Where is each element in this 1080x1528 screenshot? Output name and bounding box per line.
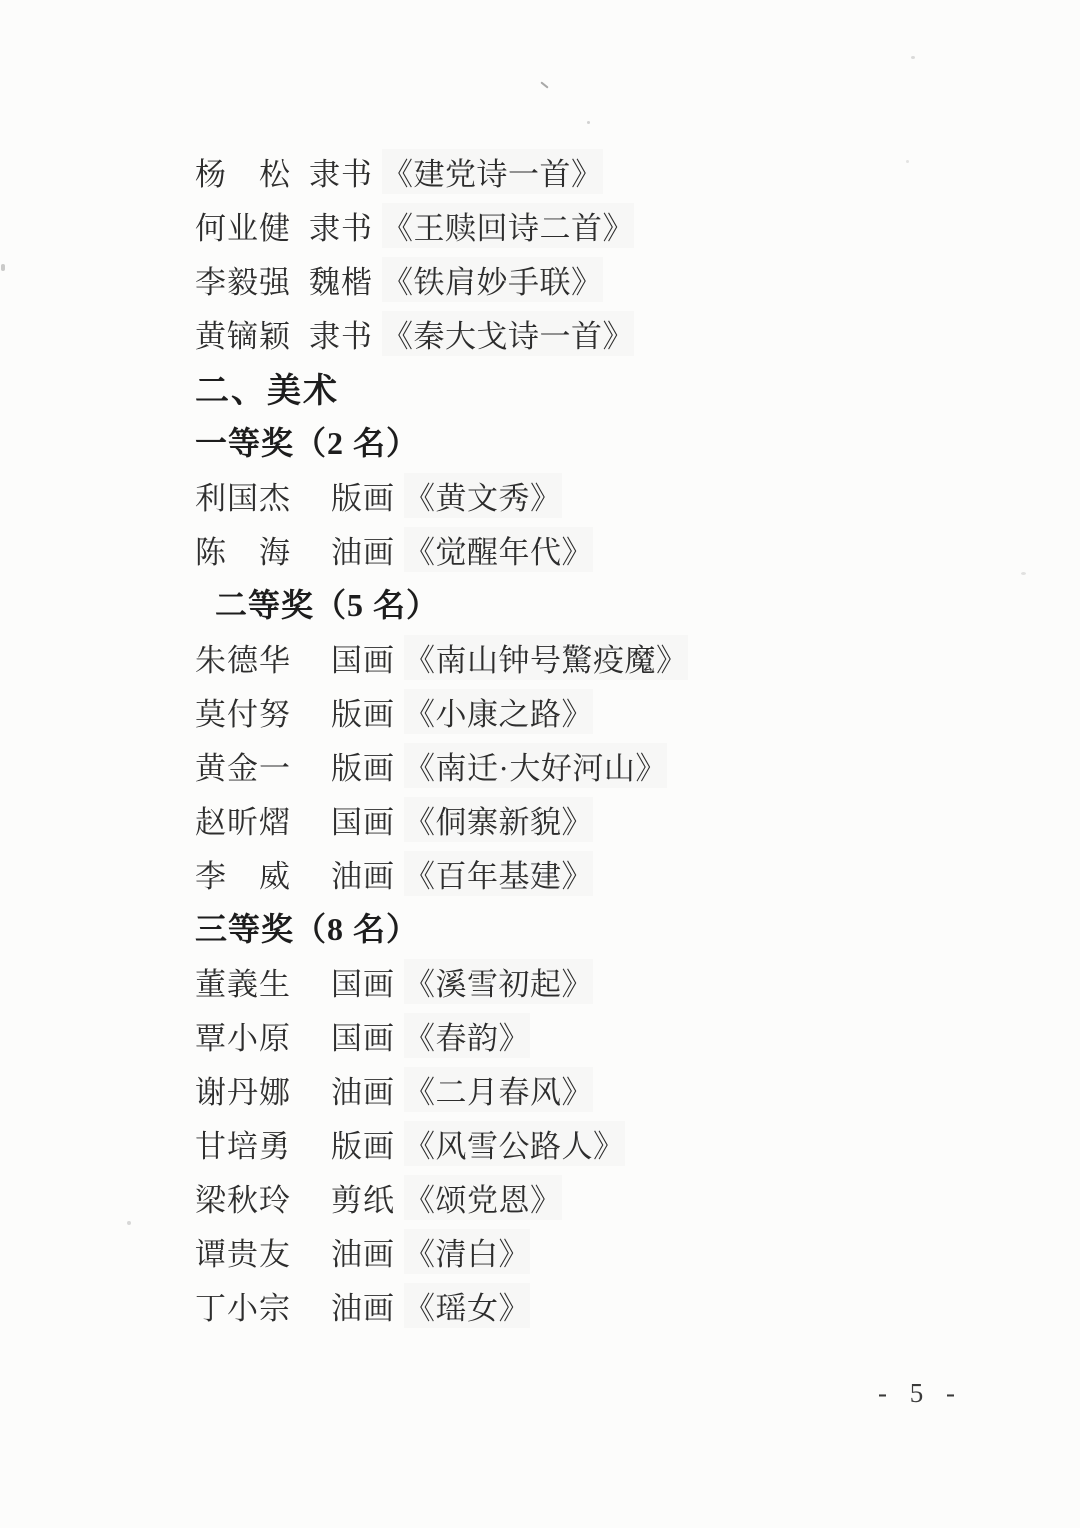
- scan-speck: [127, 1221, 131, 1225]
- awardee-name: 黄镝颖: [195, 311, 309, 356]
- work-medium: 油画: [331, 527, 395, 572]
- awardee-name: 陈 海: [195, 527, 331, 572]
- award-entry-row: 覃小原 国画 《春韵》: [195, 1008, 955, 1062]
- awardee-name: 梁秋玲: [195, 1175, 331, 1220]
- award-entry-row: 董義生 国画 《溪雪初起》: [195, 954, 955, 1008]
- award-entry-row: 黄镝颖 隶书 《秦大戈诗一首》: [195, 306, 955, 360]
- work-title: 《春韵》: [404, 1013, 530, 1058]
- work-title: 《颂党恩》: [404, 1175, 562, 1220]
- awardee-name: 董義生: [195, 959, 331, 1004]
- work-title: 《瑶女》: [404, 1283, 530, 1328]
- section-heading-art: 二、美术: [195, 360, 955, 414]
- scan-speck: [911, 56, 915, 59]
- work-medium: 国画: [331, 1013, 395, 1058]
- work-medium: 隶书: [309, 149, 373, 194]
- work-title: 《小康之路》: [404, 689, 593, 734]
- awardee-name: 谭贵友: [195, 1229, 331, 1274]
- prize-subheading-text: 三等奖（8 名）: [195, 904, 419, 950]
- awardee-name: 覃小原: [195, 1013, 331, 1058]
- award-entry-row: 莫付努 版画 《小康之路》: [195, 684, 955, 738]
- document-body: 杨 松 隶书 《建党诗一首》 何业健 隶书 《王赎回诗二首》 李毅强 魏楷 《铁…: [195, 144, 955, 1332]
- work-title: 《清白》: [404, 1229, 530, 1274]
- work-medium: 魏楷: [309, 257, 373, 302]
- awardee-name: 朱德华: [195, 635, 331, 680]
- award-entry-row: 何业健 隶书 《王赎回诗二首》: [195, 198, 955, 252]
- work-title: 《建党诗一首》: [382, 149, 603, 194]
- awardee-name: 赵昕熠: [195, 797, 331, 842]
- award-entry-row: 丁小宗 油画 《瑶女》: [195, 1278, 955, 1332]
- award-entry-row: 谢丹娜 油画 《二月春风》: [195, 1062, 955, 1116]
- work-medium: 隶书: [309, 203, 373, 248]
- awardee-name: 莫付努: [195, 689, 331, 734]
- awardee-name: 李 威: [195, 851, 331, 896]
- award-entry-row: 梁秋玲 剪纸 《颂党恩》: [195, 1170, 955, 1224]
- work-medium: 剪纸: [331, 1175, 395, 1220]
- work-title: 《侗寨新貌》: [404, 797, 593, 842]
- prize-subheading-second: 二等奖（5 名）: [195, 576, 955, 630]
- award-entry-row: 黄金一 版画 《南迁·大好河山》: [195, 738, 955, 792]
- work-title: 《觉醒年代》: [404, 527, 593, 572]
- awardee-name: 丁小宗: [195, 1283, 331, 1328]
- work-medium: 隶书: [309, 311, 373, 356]
- work-title: 《南山钟号驚疫魔》: [404, 635, 688, 680]
- work-medium: 油画: [331, 1283, 395, 1328]
- prize-subheading-first: 一等奖（2 名）: [195, 414, 955, 468]
- award-entry-row: 陈 海 油画 《觉醒年代》: [195, 522, 955, 576]
- work-medium: 版画: [331, 1121, 395, 1166]
- prize-subheading-text: 一等奖（2 名）: [195, 418, 419, 464]
- work-medium: 版画: [331, 743, 395, 788]
- award-entry-row: 利国杰 版画 《黄文秀》: [195, 468, 955, 522]
- work-medium: 国画: [331, 635, 395, 680]
- awardee-name: 李毅强: [195, 257, 309, 302]
- awardee-name: 谢丹娜: [195, 1067, 331, 1112]
- awardee-name: 甘培勇: [195, 1121, 331, 1166]
- work-medium: 国画: [331, 797, 395, 842]
- award-entry-row: 李 威 油画 《百年基建》: [195, 846, 955, 900]
- scan-shadow-bottom-left: [0, 1388, 140, 1528]
- awardee-name: 何业健: [195, 203, 309, 248]
- award-entry-row: 赵昕熠 国画 《侗寨新貌》: [195, 792, 955, 846]
- prize-subheading-third: 三等奖（8 名）: [195, 900, 955, 954]
- award-entry-row: 李毅强 魏楷 《铁肩妙手联》: [195, 252, 955, 306]
- work-title: 《秦大戈诗一首》: [382, 311, 634, 356]
- work-medium: 油画: [331, 1067, 395, 1112]
- scan-speck: [1021, 572, 1026, 575]
- work-medium: 油画: [331, 851, 395, 896]
- award-entry-row: 朱德华 国画 《南山钟号驚疫魔》: [195, 630, 955, 684]
- scan-speck: [540, 81, 548, 88]
- scan-speck: [587, 121, 590, 124]
- scanned-document-page: 杨 松 隶书 《建党诗一首》 何业健 隶书 《王赎回诗二首》 李毅强 魏楷 《铁…: [0, 0, 1080, 1528]
- award-entry-row: 甘培勇 版画 《风雪公路人》: [195, 1116, 955, 1170]
- section-heading-text: 二、美术: [195, 363, 339, 412]
- work-medium: 版画: [331, 473, 395, 518]
- work-title: 《溪雪初起》: [404, 959, 593, 1004]
- work-title: 《百年基建》: [404, 851, 593, 896]
- work-title: 《二月春风》: [404, 1067, 593, 1112]
- award-entry-row: 谭贵友 油画 《清白》: [195, 1224, 955, 1278]
- work-medium: 国画: [331, 959, 395, 1004]
- awardee-name: 黄金一: [195, 743, 331, 788]
- prize-subheading-text: 二等奖（5 名）: [215, 580, 439, 626]
- scan-speck: [1, 264, 5, 271]
- scan-shadow-bottom-right: [860, 1328, 1080, 1528]
- work-title: 《黄文秀》: [404, 473, 562, 518]
- work-title: 《风雪公路人》: [404, 1121, 625, 1166]
- award-entry-row: 杨 松 隶书 《建党诗一首》: [195, 144, 955, 198]
- work-medium: 版画: [331, 689, 395, 734]
- page-number: - 5 -: [878, 1378, 963, 1409]
- awardee-name: 利国杰: [195, 473, 331, 518]
- work-title: 《王赎回诗二首》: [382, 203, 634, 248]
- work-title: 《南迁·大好河山》: [404, 743, 667, 788]
- awardee-name: 杨 松: [195, 149, 309, 194]
- work-title: 《铁肩妙手联》: [382, 257, 603, 302]
- work-medium: 油画: [331, 1229, 395, 1274]
